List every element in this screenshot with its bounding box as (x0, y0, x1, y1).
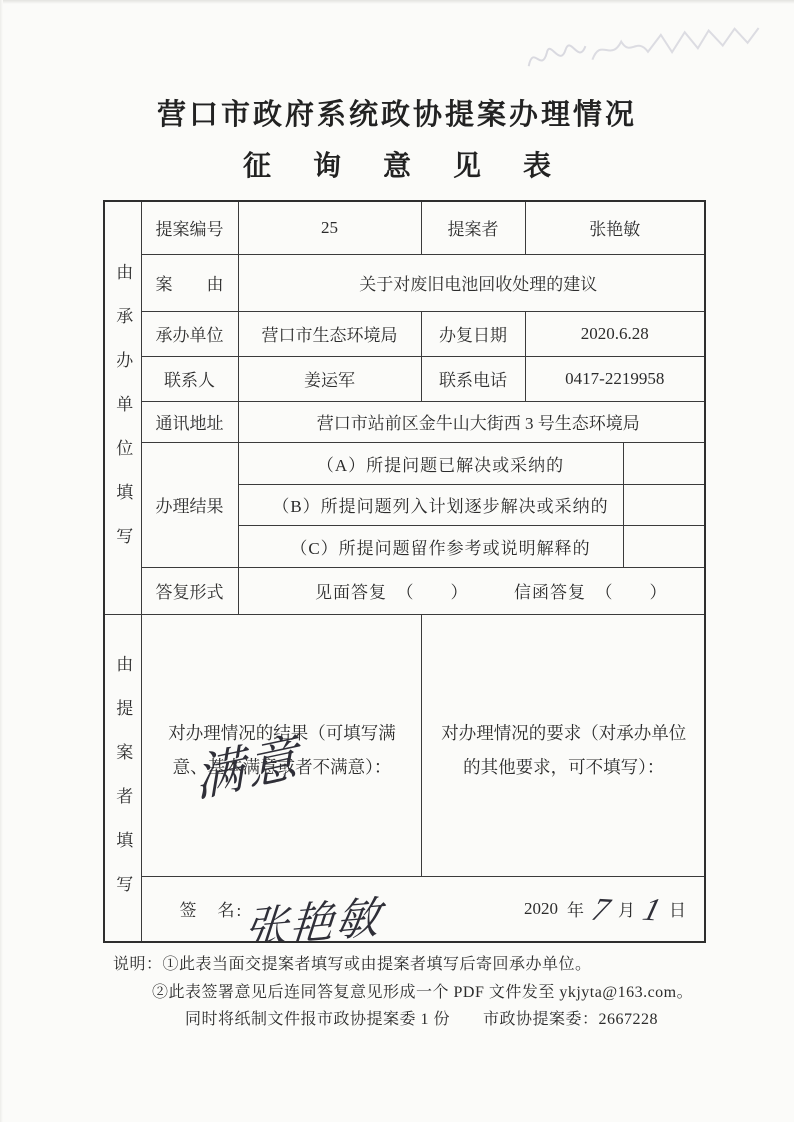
date-group: 2020 年 7 月 1 日 (524, 893, 686, 925)
feedback-form-table: 由承办单位填写 提案编号 25 提案者 张艳敏 案 由 关于对废旧电池回收处理的… (103, 200, 706, 943)
date-year: 2020 (524, 899, 558, 919)
result-option-a-mark-cell (623, 442, 705, 484)
document-title: 营口市政府系统政协提案办理情况 征询意见表 (0, 92, 794, 184)
result-label: 办理结果 (141, 442, 238, 567)
proposal-no-value: 25 (238, 201, 421, 254)
side-label-unit-fill: 由承办单位填写 (104, 201, 141, 614)
result-option-c: （C）所提问题留作参考或说明解释的 (238, 525, 623, 567)
table-row: 由承办单位填写 提案编号 25 提案者 张艳敏 (104, 201, 705, 254)
note-label: 说明： (113, 956, 163, 973)
signature-label: 签 名: (180, 896, 244, 921)
date-month-suffix: 月 (618, 896, 635, 921)
reply-form-label: 答复形式 (141, 567, 238, 614)
address-label: 通讯地址 (141, 401, 238, 442)
table-row: 通讯地址 营口市站前区金牛山大街西 3 号生态环境局 (104, 401, 705, 442)
handwritten-signature: 张艳敏 (242, 880, 385, 941)
result-option-c-mark-cell (623, 525, 705, 567)
proposer-label: 提案者 (421, 201, 525, 254)
pencil-scribble-mark (518, 13, 772, 90)
date-year-suffix: 年 (567, 896, 584, 921)
address-value: 营口市站前区金牛山大街西 3 号生态环境局 (238, 401, 705, 442)
organizer-label: 承办单位 (141, 311, 238, 356)
handwritten-day: 1 (640, 892, 664, 925)
footer-notes: 说明：①此表当面交提案者填写或由提案者填写后寄回承办单位。 ②此表签署意见后连同… (113, 951, 723, 1034)
reply-form-value: 见面答复 （ ） 信函答复 （ ） (238, 567, 705, 614)
request-feedback-cell: 对办理情况的要求（对承办单位的其他要求，可不填写）： (421, 614, 705, 876)
handwritten-month: 7 (589, 892, 613, 925)
scan-edge-top (0, 0, 794, 4)
note-line-2: ②此表签署意见后连同答复意见形成一个 PDF 文件发至 ykjyta@163.c… (113, 979, 723, 1007)
contact-value: 姜运军 (238, 356, 421, 401)
note-line-1: 说明：①此表当面交提案者填写或由提案者填写后寄回承办单位。 (113, 951, 723, 979)
title-line-1: 营口市政府系统政协提案办理情况 (0, 92, 794, 133)
note-line-3: 同时将纸制文件报市政协提案委 1 份 市政协提案委：2667228 (113, 1006, 723, 1034)
subject-label: 案 由 (141, 254, 238, 311)
scanned-form-page: { "page": { "title_line1": "营口市政府系统政协提案办… (0, 0, 794, 1122)
title-line-2: 征询意见表 (0, 144, 794, 184)
table-row: 签 名: 张艳敏 2020 年 7 月 1 日 (104, 876, 705, 942)
reply-date-value: 2020.6.28 (525, 311, 705, 356)
reply-date-label: 办复日期 (421, 311, 525, 356)
organizer-value: 营口市生态环境局 (238, 311, 421, 356)
request-prompt-text: 对办理情况的要求（对承办单位的其他要求，可不填写）： (441, 723, 686, 777)
side-label-proposer-fill: 由提案者填写 (104, 614, 141, 942)
subject-value: 关于对废旧电池回收处理的建议 (238, 254, 705, 311)
date-day-suffix: 日 (669, 896, 686, 921)
result-option-a: （A）所提问题已解决或采纳的 (238, 442, 623, 484)
table-row: 案 由 关于对废旧电池回收处理的建议 (104, 254, 705, 311)
table-row: 联系人 姜运军 联系电话 0417-2219958 (104, 356, 705, 401)
table-row: 答复形式 见面答复 （ ） 信函答复 （ ） (104, 567, 705, 614)
table-row: 由提案者填写 对办理情况的结果（可填写满意、基本满意或者不满意）： 满意 对办理… (104, 614, 705, 876)
phone-value: 0417-2219958 (525, 356, 705, 401)
signature-row-cell: 签 名: 张艳敏 2020 年 7 月 1 日 (141, 876, 705, 942)
contact-label: 联系人 (141, 356, 238, 401)
proposer-value: 张艳敏 (525, 201, 705, 254)
phone-label: 联系电话 (421, 356, 525, 401)
proposal-no-label: 提案编号 (141, 201, 238, 254)
table-row: 承办单位 营口市生态环境局 办复日期 2020.6.28 (104, 311, 705, 356)
result-option-b-mark-cell (623, 484, 705, 525)
table-row: 办理结果 （A）所提问题已解决或采纳的 (104, 442, 705, 484)
result-feedback-cell: 对办理情况的结果（可填写满意、基本满意或者不满意）： 满意 (141, 614, 421, 876)
result-option-b: （B）所提问题列入计划逐步解决或采纳的 (238, 484, 623, 525)
